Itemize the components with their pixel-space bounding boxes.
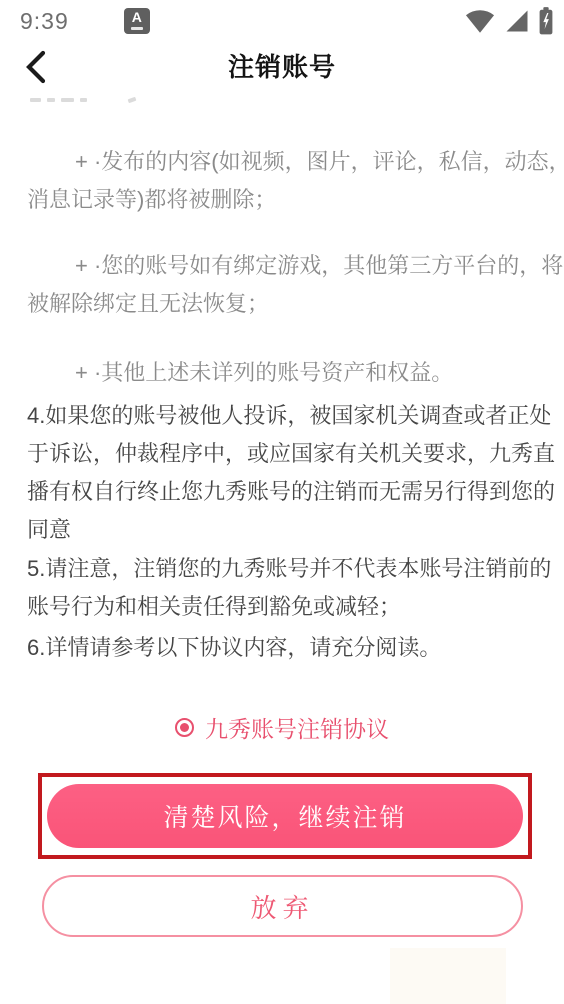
terms-paragraph-content-deleted: + ·发布的内容(如视频，图片，评论，私信，动态， 消息记录等)都将被删除； (27, 143, 537, 219)
account-cancellation-screen: 9:39 A (0, 0, 564, 1004)
terms-scroll-area[interactable]: + ·发布的内容(如视频，图片，评论，私信，动态， 消息记录等)都将被删除； +… (0, 95, 564, 937)
terms-paragraph-other-assets: + ·其他上述未详列的账号资产和权益。 (27, 354, 537, 392)
app-notification-badge-icon: A (124, 8, 150, 34)
back-button[interactable] (14, 46, 58, 90)
abandon-button[interactable]: 放弃 (42, 875, 523, 937)
terms-paragraph-unbind-games: + ·您的账号如有绑定游戏，其他第三方平台的，将 被解除绑定且无法恢复； (27, 247, 537, 323)
page-title: 注销账号 (0, 42, 564, 92)
cellular-signal-icon (503, 8, 531, 34)
agreement-link-label: 九秀账号注销协议 (205, 711, 389, 744)
status-icons (464, 7, 554, 35)
radio-bullet-icon (175, 718, 194, 737)
terms-paragraph-4: 4.如果您的账号被他人投诉，被国家机关调查或者正处 于诉讼，仲裁程序中，或应国家… (27, 397, 537, 549)
terms-paragraph-6: 6.详情请参考以下协议内容，请充分阅读。 (27, 629, 537, 667)
bottom-right-artifact (390, 948, 506, 1004)
clipped-scrolled-text-remnant (27, 95, 537, 105)
header: 注销账号 (0, 42, 564, 95)
status-time: 9:39 (20, 8, 69, 35)
badge-letter: A (132, 10, 142, 25)
chevron-left-icon (23, 49, 49, 88)
terms-paragraph-5: 5.请注意，注销您的九秀账号并不代表本账号注销前的 账号行为和相关责任得到豁免或… (27, 550, 537, 626)
wifi-icon (464, 8, 496, 34)
agreement-link[interactable]: 九秀账号注销协议 (27, 712, 537, 742)
battery-charging-icon (538, 7, 554, 35)
annotation-highlight-box: 清楚风险，继续注销 (38, 773, 532, 859)
confirm-cancellation-button[interactable]: 清楚风险，继续注销 (47, 784, 523, 848)
badge-subtext-bar (131, 27, 143, 30)
status-bar: 9:39 A (0, 0, 564, 42)
